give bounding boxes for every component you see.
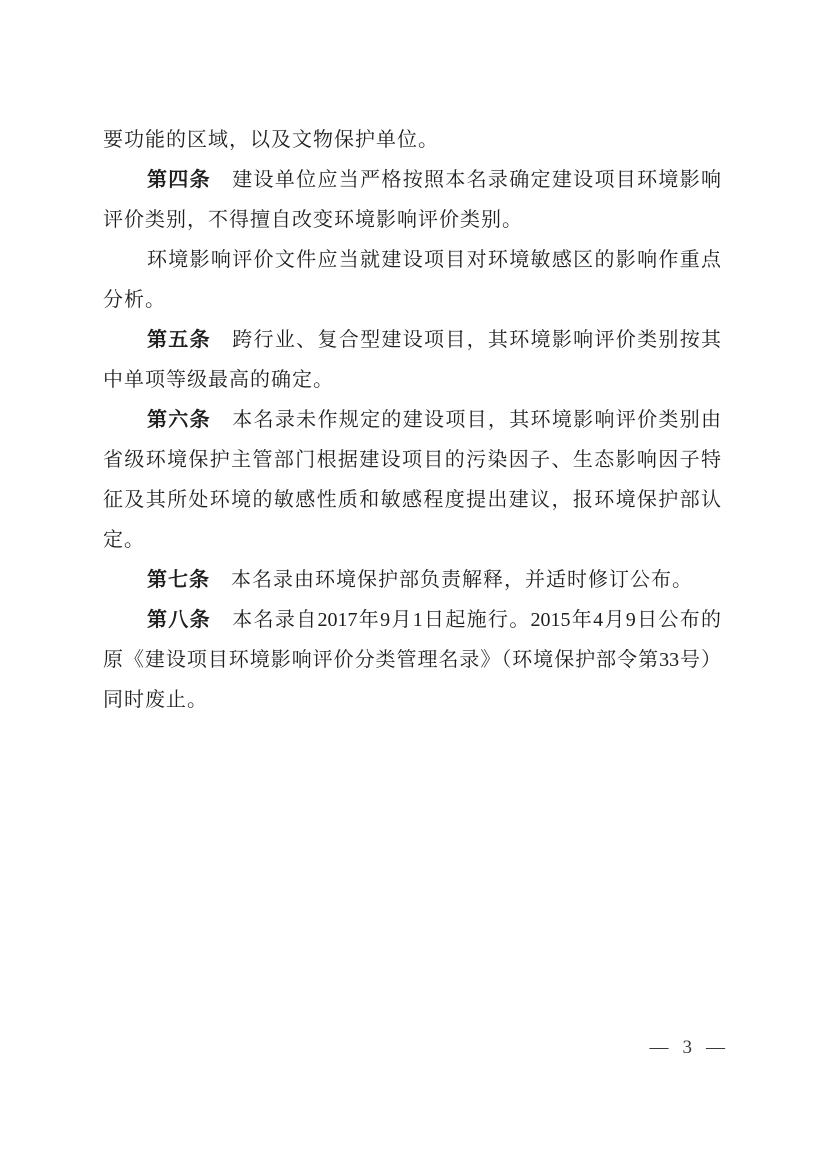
line-text: 同时废止。 (103, 689, 208, 711)
footer-dash-right: — (706, 1037, 725, 1059)
article-6-label: 第六条 (147, 409, 211, 431)
article-6-line-4: 定。 (103, 520, 721, 560)
line-text: 征及其所处环境的敏感性质和敏感程度提出建议，报环境保护部认 (103, 489, 721, 511)
line-text: 建设单位应当严格按照本名录确定建设项目环境影响 (211, 169, 721, 191)
page-footer: — 3 — (650, 1034, 726, 1062)
article-8-label: 第八条 (147, 609, 211, 631)
article-8-line-2: 原《建设项目环境影响评价分类管理名录》（环境保护部令第33号） (103, 640, 721, 680)
article-8-line-3: 同时废止。 (103, 680, 721, 720)
article-4-para-2-line-1: 环境影响评价文件应当就建设项目对环境敏感区的影响作重点 (103, 240, 721, 280)
document-page: 要功能的区域，以及文物保护单位。 第四条 建设单位应当严格按照本名录确定建设项目… (0, 0, 827, 1169)
line-text: 本名录自2017年9月1日起施行。2015年4月9日公布的 (211, 609, 721, 631)
article-5-line-1: 第五条 跨行业、复合型建设项目，其环境影响评价类别按其 (103, 320, 721, 360)
article-4-label: 第四条 (147, 169, 211, 191)
line-text: 省级环境保护主管部门根据建设项目的污染因子、生态影响因子特 (103, 449, 721, 471)
line-text: 评价类别，不得擅自改变环境影响评价类别。 (103, 209, 523, 231)
line-text: 分析。 (103, 289, 166, 311)
article-5-line-2: 中单项等级最高的确定。 (103, 360, 721, 400)
article-5-label: 第五条 (147, 329, 211, 351)
line-text: 中单项等级最高的确定。 (103, 369, 334, 391)
line-text: 本名录由环境保护部负责解释，并适时修订公布。 (210, 569, 693, 591)
line-text: 环境影响评价文件应当就建设项目对环境敏感区的影响作重点 (147, 249, 721, 271)
line-text: 定。 (103, 529, 145, 551)
article-4-line-2: 评价类别，不得擅自改变环境影响评价类别。 (103, 200, 721, 240)
article-4-line-1: 第四条 建设单位应当严格按照本名录确定建设项目环境影响 (103, 160, 721, 200)
line-text: 本名录未作规定的建设项目，其环境影响评价类别由 (211, 409, 721, 431)
page-number: 3 (683, 1037, 693, 1059)
line-text: 跨行业、复合型建设项目，其环境影响评价类别按其 (211, 329, 721, 351)
article-7-label: 第七条 (147, 569, 210, 591)
article-6-line-1: 第六条 本名录未作规定的建设项目，其环境影响评价类别由 (103, 400, 721, 440)
line-text: 原《建设项目环境影响评价分类管理名录》（环境保护部令第33号） (103, 649, 721, 671)
article-8-line-1: 第八条 本名录自2017年9月1日起施行。2015年4月9日公布的 (103, 600, 721, 640)
article-6-line-3: 征及其所处环境的敏感性质和敏感程度提出建议，报环境保护部认 (103, 480, 721, 520)
article-7-line-1: 第七条 本名录由环境保护部负责解释，并适时修订公布。 (103, 560, 721, 600)
text-line-continuation: 要功能的区域，以及文物保护单位。 (103, 120, 721, 160)
article-6-line-2: 省级环境保护主管部门根据建设项目的污染因子、生态影响因子特 (103, 440, 721, 480)
line-text: 要功能的区域，以及文物保护单位。 (103, 129, 439, 151)
footer-dash-left: — (650, 1037, 669, 1059)
document-body: 要功能的区域，以及文物保护单位。 第四条 建设单位应当严格按照本名录确定建设项目… (103, 120, 721, 720)
article-4-para-2-line-2: 分析。 (103, 280, 721, 320)
